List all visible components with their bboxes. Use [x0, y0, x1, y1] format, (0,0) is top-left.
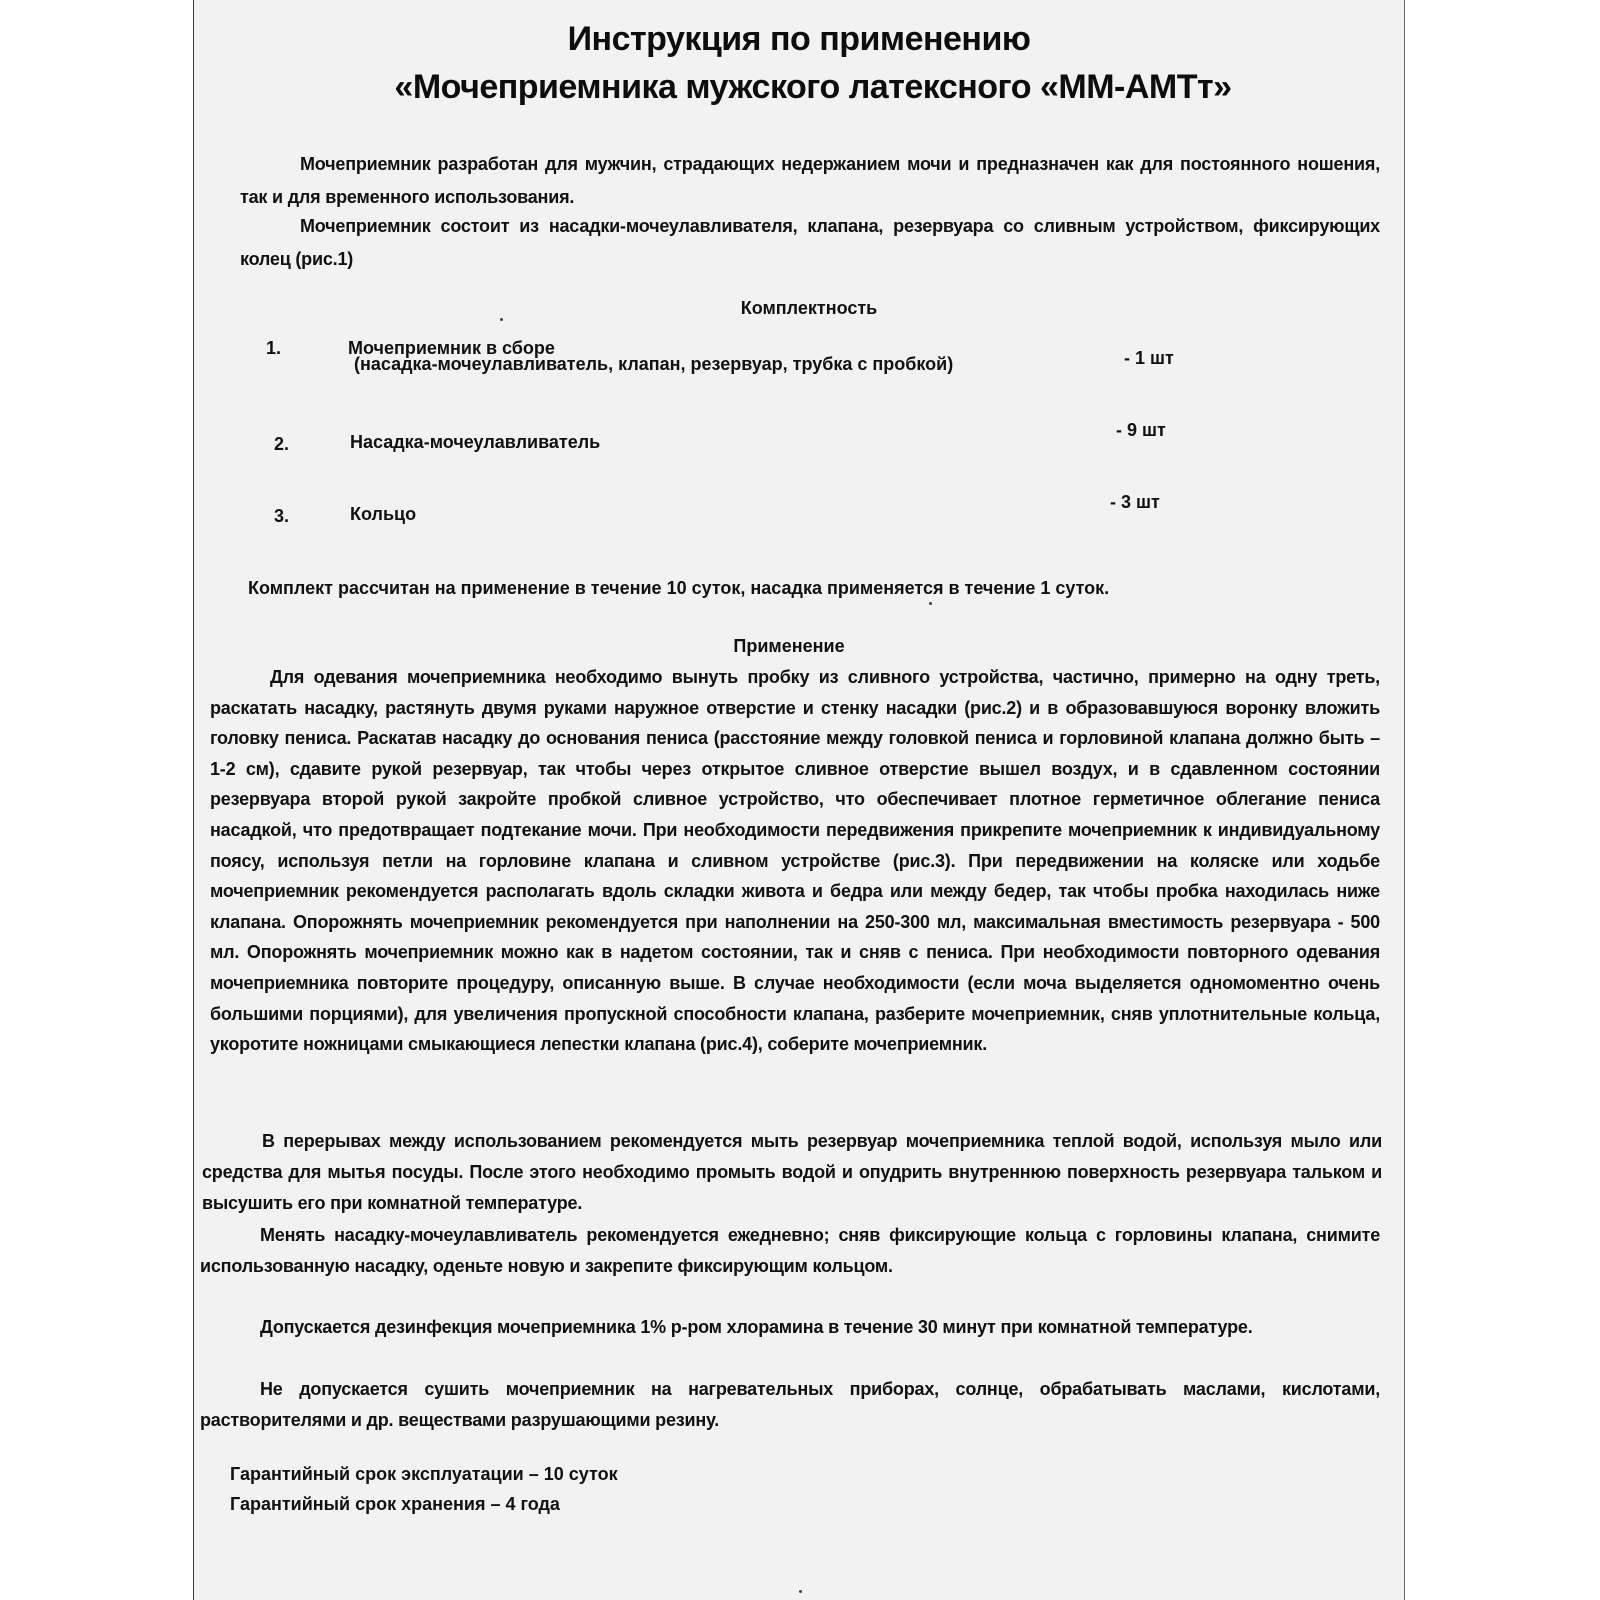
kit-item-quantity: - 3 шт	[1110, 492, 1160, 513]
print-speck	[500, 318, 503, 321]
usage-paragraph-2: В перерывах между использованием рекомен…	[202, 1126, 1382, 1219]
usage-paragraph-3: Менять насадку-мочеулавливатель рекоменд…	[200, 1220, 1380, 1282]
kit-heading: Комплектность	[204, 298, 1414, 319]
usage-heading: Применение	[184, 636, 1394, 657]
warranty-operation: Гарантийный срок эксплуатации – 10 суток	[230, 1464, 618, 1485]
kit-item-detail: (насадка-мочеулавливатель, клапан, резер…	[354, 354, 953, 375]
print-speck	[929, 602, 932, 605]
usage-paragraph-1: Для одевания мочеприемника необходимо вы…	[210, 662, 1380, 1060]
faint-watermark-figure	[244, 400, 252, 540]
kit-item-name: Кольцо	[350, 504, 416, 525]
kit-item-quantity: - 1 шт	[1124, 348, 1174, 369]
document-page: Инструкция по применению «Мочеприемника …	[193, 0, 1405, 1600]
usage-paragraph-4: Допускается дезинфекция мочеприемника 1%…	[200, 1312, 1380, 1343]
print-speck	[799, 1590, 802, 1593]
kit-item-quantity: - 9 шт	[1116, 420, 1166, 441]
document-title-line1: Инструкция по применению	[194, 20, 1404, 59]
kit-item-number: 1.	[266, 338, 281, 359]
kit-note: Комплект рассчитан на применение в течен…	[248, 578, 1109, 599]
intro-paragraph-1: Мочеприемник разработан для мужчин, стра…	[240, 148, 1380, 213]
kit-item-name: Насадка-мочеулавливатель	[350, 432, 600, 453]
warranty-storage: Гарантийный срок хранения – 4 года	[230, 1494, 560, 1515]
kit-item-number: 2.	[274, 434, 289, 455]
kit-item-number: 3.	[274, 506, 289, 527]
document-title-line2: «Мочеприемника мужского латексного «ММ-А…	[208, 68, 1418, 107]
intro-paragraph-2: Мочеприемник состоит из насадки-мочеулав…	[240, 210, 1380, 275]
usage-paragraph-5: Не допускается сушить мочеприемник на на…	[200, 1374, 1380, 1436]
